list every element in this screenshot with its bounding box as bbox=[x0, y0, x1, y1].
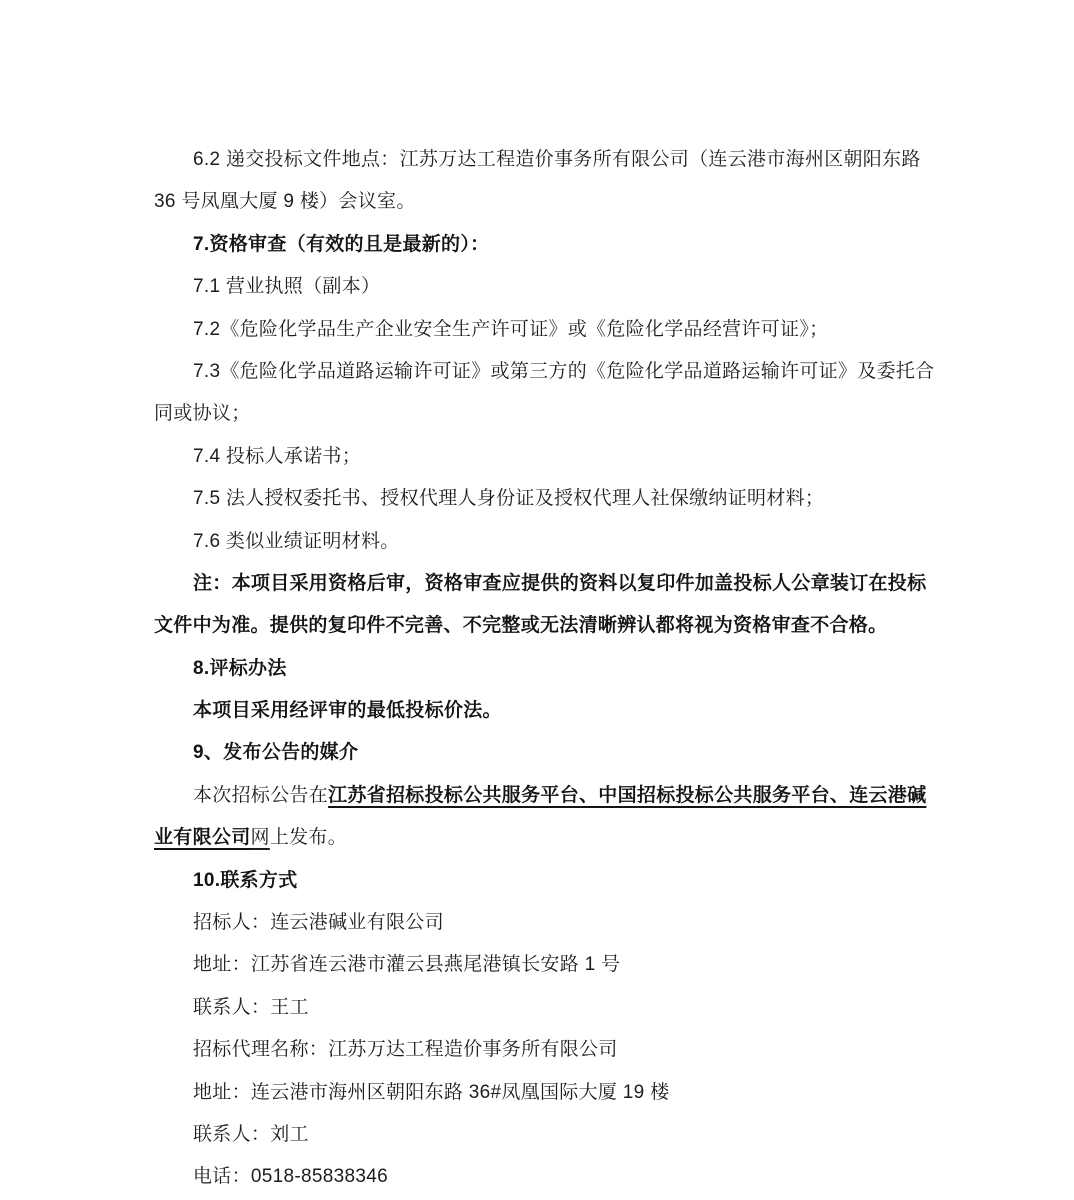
paragraph-line: 7.5 法人授权委托书、授权代理人身份证及授权代理人社保缴纳证明材料； bbox=[154, 478, 929, 520]
text-segment: 本项目采用经评审的最低投标价法。 bbox=[193, 700, 502, 721]
text-segment: 招标人：连云港碱业有限公司 bbox=[193, 912, 444, 933]
text-segment: 电话：0518-85838346 bbox=[193, 1166, 388, 1187]
underlined-text: 江苏省招标投标公共服务平台、中国招标投标公共服务平台、连云港碱 bbox=[328, 785, 926, 806]
text-segment: 7.2《危险化学品生产企业安全生产许可证》或《危险化学品经营许可证》； bbox=[193, 319, 828, 340]
text-segment: 8.评标办法 bbox=[193, 658, 287, 679]
text-segment: 10.联系方式 bbox=[193, 870, 298, 891]
paragraph-line: 文件中为准。提供的复印件不完善、不完整或无法清晰辨认都将视为资格审查不合格。 bbox=[154, 605, 929, 647]
text-segment: 文件中为准。提供的复印件不完善、不完整或无法清晰辨认都将视为资格审查不合格。 bbox=[154, 615, 887, 636]
text-segment: 7.3《危险化学品道路运输许可证》或第三方的《危险化学品道路运输许可证》及委托合 bbox=[193, 361, 934, 382]
paragraph-line: 6.2 递交投标文件地点：江苏万达工程造价事务所有限公司（连云港市海州区朝阳东路 bbox=[154, 139, 929, 181]
text-segment: 7.4 投标人承诺书； bbox=[193, 446, 361, 467]
document-body: 6.2 递交投标文件地点：江苏万达工程造价事务所有限公司（连云港市海州区朝阳东路… bbox=[154, 139, 929, 1199]
text-segment: 36 号凤凰大厦 9 楼）会议室。 bbox=[154, 191, 416, 212]
paragraph-line: 地址：连云港市海州区朝阳东路 36#凤凰国际大厦 19 楼 bbox=[154, 1072, 929, 1114]
text-segment: 6.2 递交投标文件地点：江苏万达工程造价事务所有限公司（连云港市海州区朝阳东路 bbox=[193, 149, 921, 170]
paragraph-line: 联系人：王工 bbox=[154, 987, 929, 1029]
paragraph-line: 招标人：连云港碱业有限公司 bbox=[154, 902, 929, 944]
paragraph-line: 8.评标办法 bbox=[154, 648, 929, 690]
paragraph-line: 招标代理名称：江苏万达工程造价事务所有限公司 bbox=[154, 1029, 929, 1071]
text-segment: 7.资格审查（有效的且是最新的）： bbox=[193, 234, 489, 255]
paragraph-line: 注：本项目采用资格后审，资格审查应提供的资料以复印件加盖投标人公章装订在投标 bbox=[154, 563, 929, 605]
paragraph-line: 7.1 营业执照（副本） bbox=[154, 266, 929, 308]
text-segment: 地址：连云港市海州区朝阳东路 36#凤凰国际大厦 19 楼 bbox=[193, 1082, 669, 1103]
text-segment: 联系人：王工 bbox=[193, 997, 309, 1018]
text-segment: 上发布。 bbox=[270, 827, 347, 848]
paragraph-line: 同或协议； bbox=[154, 393, 929, 435]
underlined-text: 网 bbox=[251, 827, 270, 848]
paragraph-line: 7.2《危险化学品生产企业安全生产许可证》或《危险化学品经营许可证》； bbox=[154, 309, 929, 351]
paragraph-line: 7.6 类似业绩证明材料。 bbox=[154, 521, 929, 563]
text-segment: 地址：江苏省连云港市灌云县燕尾港镇长安路 1 号 bbox=[193, 954, 620, 975]
paragraph-line: 7.4 投标人承诺书； bbox=[154, 436, 929, 478]
paragraph-line: 9、发布公告的媒介 bbox=[154, 732, 929, 774]
paragraph-line: 联系人：刘工 bbox=[154, 1114, 929, 1156]
paragraph-line: 本次招标公告在江苏省招标投标公共服务平台、中国招标投标公共服务平台、连云港碱 bbox=[154, 775, 929, 817]
paragraph-line: 电话：0518-85838346 bbox=[154, 1156, 929, 1198]
paragraph-line: 36 号凤凰大厦 9 楼）会议室。 bbox=[154, 181, 929, 223]
text-segment: 联系人：刘工 bbox=[193, 1124, 309, 1145]
text-segment: 9、发布公告的媒介 bbox=[193, 742, 358, 763]
text-segment: 注：本项目采用资格后审，资格审查应提供的资料以复印件加盖投标人公章装订在投标 bbox=[193, 573, 926, 594]
text-segment: 7.5 法人授权委托书、授权代理人身份证及授权代理人社保缴纳证明材料； bbox=[193, 488, 824, 509]
text-segment: 7.6 类似业绩证明材料。 bbox=[193, 531, 400, 552]
text-segment: 本次招标公告在 bbox=[193, 785, 328, 806]
text-segment: 同或协议； bbox=[154, 403, 251, 424]
paragraph-line: 7.资格审查（有效的且是最新的）： bbox=[154, 224, 929, 266]
document-page: 6.2 递交投标文件地点：江苏万达工程造价事务所有限公司（连云港市海州区朝阳东路… bbox=[0, 0, 1074, 1200]
paragraph-line: 7.3《危险化学品道路运输许可证》或第三方的《危险化学品道路运输许可证》及委托合 bbox=[154, 351, 929, 393]
paragraph-line: 地址：江苏省连云港市灌云县燕尾港镇长安路 1 号 bbox=[154, 944, 929, 986]
paragraph-line: 10.联系方式 bbox=[154, 860, 929, 902]
paragraph-line: 本项目采用经评审的最低投标价法。 bbox=[154, 690, 929, 732]
text-segment: 7.1 营业执照（副本） bbox=[193, 276, 380, 297]
underlined-text: 业有限公司 bbox=[154, 827, 251, 848]
paragraph-line: 业有限公司网上发布。 bbox=[154, 817, 929, 859]
text-segment: 招标代理名称：江苏万达工程造价事务所有限公司 bbox=[193, 1039, 618, 1060]
